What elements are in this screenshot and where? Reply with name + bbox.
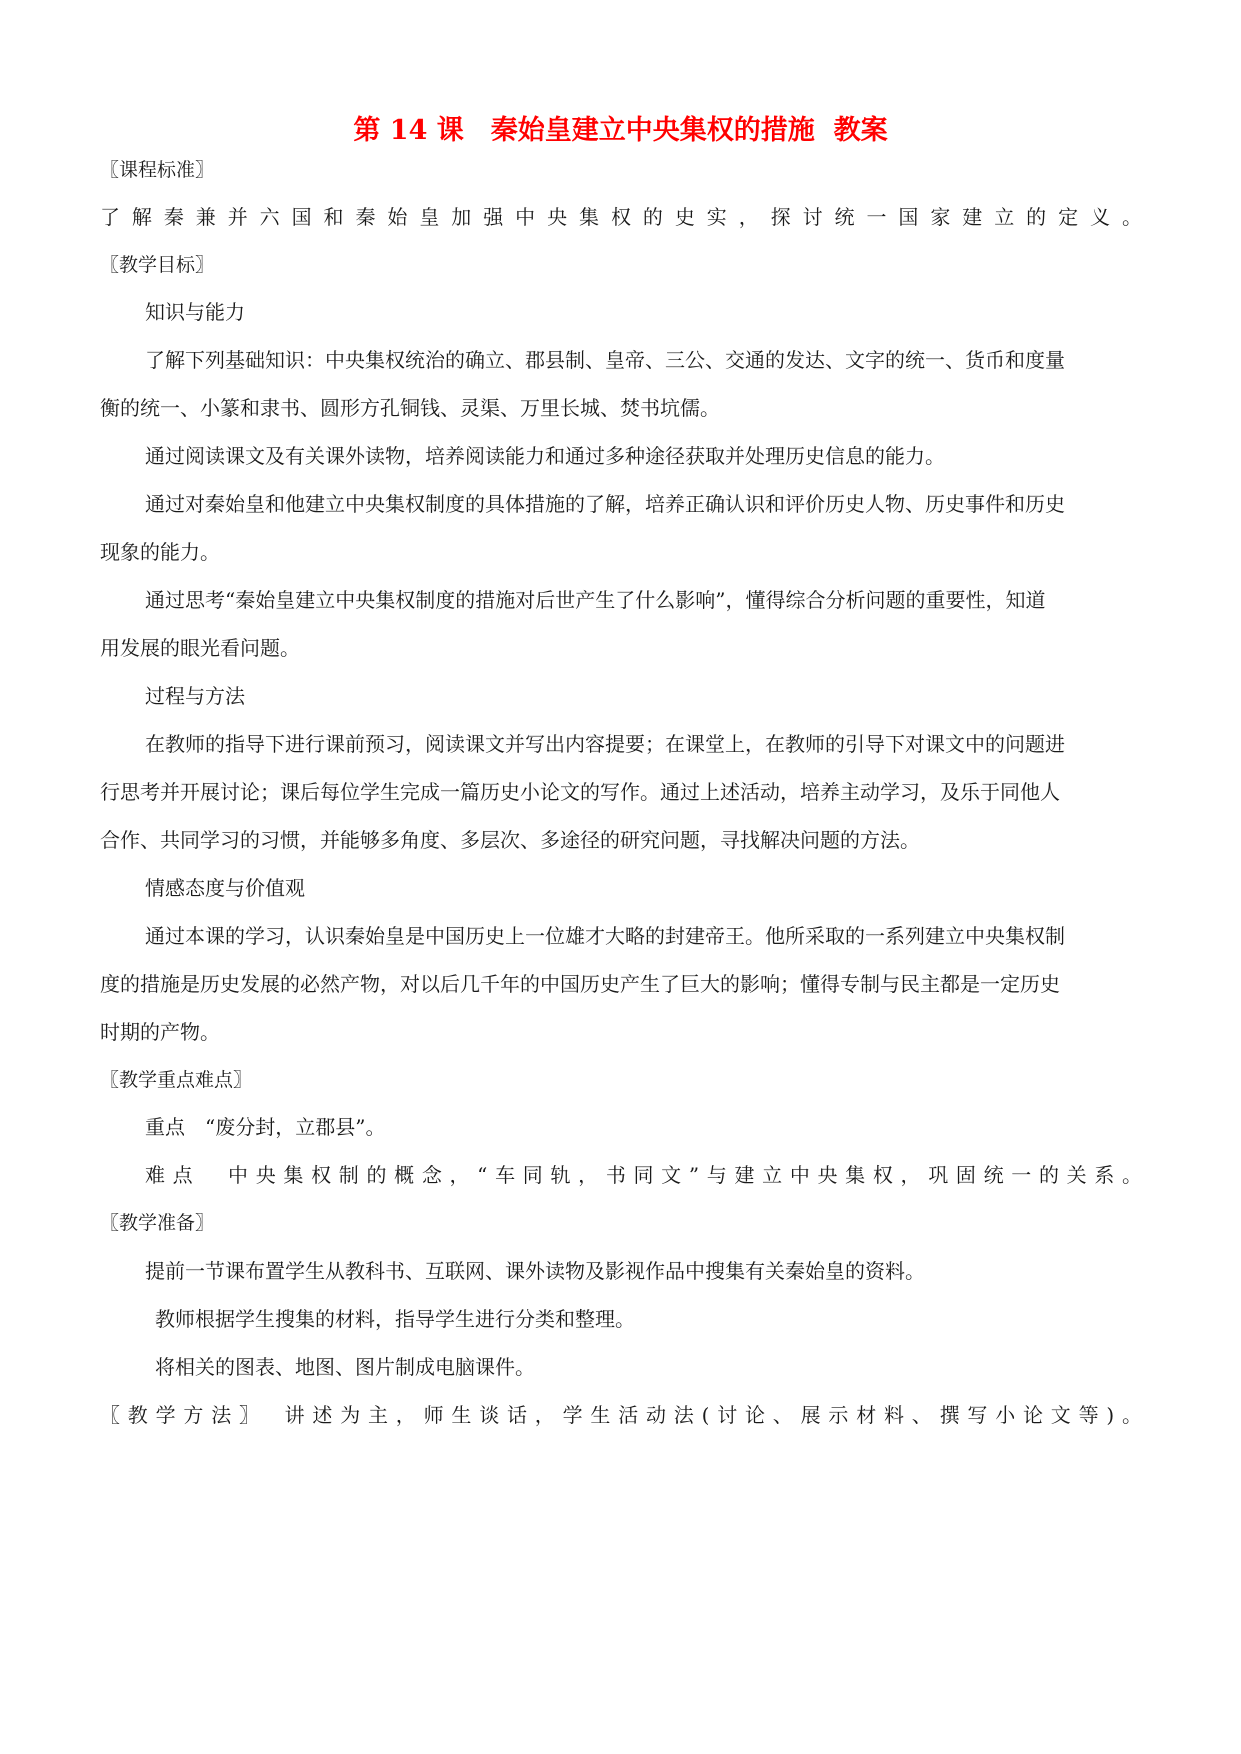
heading-key-points: 〖教学重点难点〗 bbox=[100, 1066, 1142, 1094]
heading-teaching-objectives: 〖教学目标〗 bbox=[100, 251, 1142, 279]
knowledge-p3-line2: 现象的能力。 bbox=[100, 538, 1142, 566]
knowledge-p1-line2: 衡的统一、小篆和隶书、圆形方孔铜钱、灵渠、万里长城、焚书坑儒。 bbox=[100, 394, 1142, 422]
knowledge-p2: 通过阅读课文及有关课外读物，培养阅读能力和通过多种途径获取并处理历史信息的能力。 bbox=[145, 442, 1187, 470]
emotion-line1: 通过本课的学习，认识秦始皇是中国历史上一位雄才大略的封建帝王。他所采取的一系列建… bbox=[145, 922, 1142, 950]
subheading-process-method: 过程与方法 bbox=[145, 682, 1187, 710]
emotion-line2: 度的措施是历史发展的必然产物，对以后几千年的中国历史产生了巨大的影响；懂得专制与… bbox=[100, 970, 1142, 998]
preparation-item1: 提前一节课布置学生从教科书、互联网、课外读物及影视作品中搜集有关秦始皇的资料。 bbox=[145, 1257, 1187, 1285]
process-line3: 合作、共同学习的习惯，并能够多角度、多层次、多途径的研究问题，寻找解决问题的方法… bbox=[100, 826, 1142, 854]
heading-curriculum-standard: 〖课程标准〗 bbox=[100, 156, 1142, 184]
knowledge-p3-line1: 通过对秦始皇和他建立中央集权制度的具体措施的了解，培养正确认识和评价历史人物、历… bbox=[145, 490, 1142, 518]
knowledge-p4-line1: 通过思考“秦始皇建立中央集权制度的措施对后世产生了什么影响”，懂得综合分析问题的… bbox=[145, 586, 1142, 614]
preparation-item3: 将相关的图表、地图、图片制成电脑课件。 bbox=[155, 1353, 1197, 1381]
key-difficulty: 难点 中央集权制的概念，“车同轨，书同文”与建立中央集权，巩固统一的关系。 bbox=[145, 1161, 1142, 1189]
subheading-emotion-values: 情感态度与价值观 bbox=[145, 874, 1187, 902]
preparation-item2: 教师根据学生搜集的材料，指导学生进行分类和整理。 bbox=[155, 1305, 1197, 1333]
knowledge-p4-line2: 用发展的眼光看问题。 bbox=[100, 634, 1142, 662]
document-title: 第 14 课 秦始皇建立中央集权的措施 教案 bbox=[0, 108, 1241, 147]
process-line2: 行思考并开展讨论；课后每位学生完成一篇历史小论文的写作。通过上述活动，培养主动学… bbox=[100, 778, 1142, 806]
knowledge-p1-line1: 了解下列基础知识：中央集权统治的确立、郡县制、皇帝、三公、交通的发达、文字的统一… bbox=[145, 346, 1142, 374]
subheading-knowledge-ability: 知识与能力 bbox=[145, 298, 1187, 326]
key-focus: 重点 “废分封，立郡县”。 bbox=[145, 1113, 1187, 1141]
document-page: 第 14 课 秦始皇建立中央集权的措施 教案 〖课程标准〗 了解秦兼并六国和秦始… bbox=[0, 0, 1241, 1754]
process-line1: 在教师的指导下进行课前预习，阅读课文并写出内容提要；在课堂上，在教师的引导下对课… bbox=[145, 730, 1142, 758]
emotion-line3: 时期的产物。 bbox=[100, 1018, 1142, 1046]
curriculum-standard-text: 了解秦兼并六国和秦始皇加强中央集权的史实，探讨统一国家建立的定义。 bbox=[100, 203, 1142, 231]
teaching-methods: 〖教学方法〗 讲述为主，师生谈话，学生活动法(讨论、展示材料、撰写小论文等)。 bbox=[100, 1401, 1142, 1429]
heading-preparation: 〖教学准备〗 bbox=[100, 1209, 1142, 1237]
